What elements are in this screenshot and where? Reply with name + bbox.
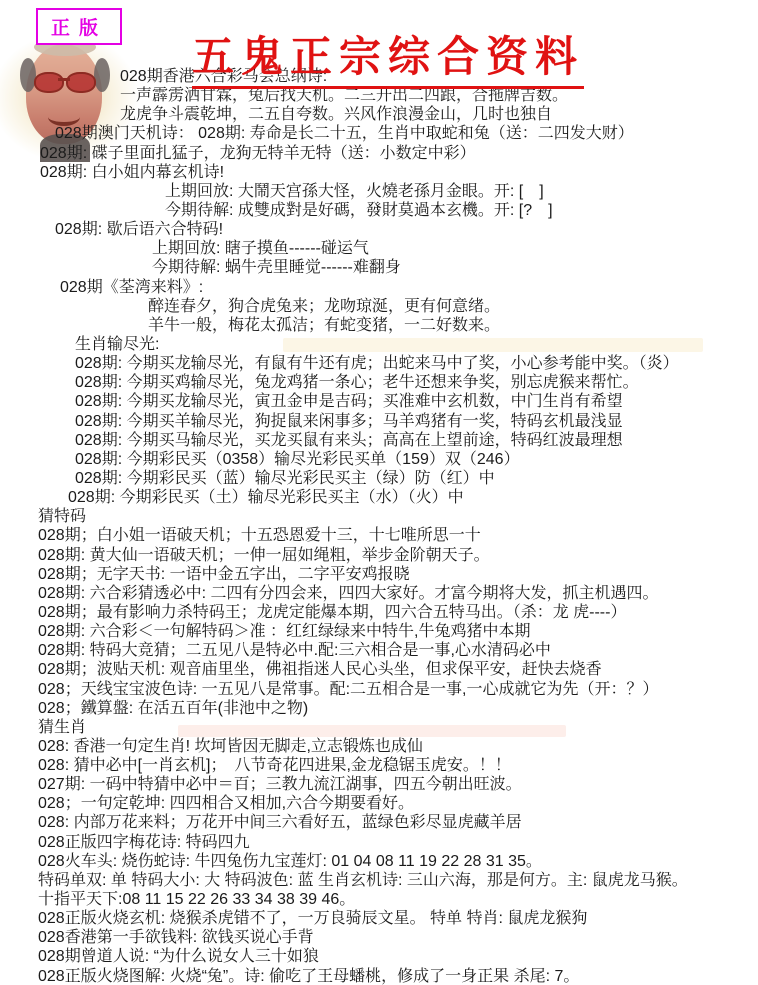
text-line: 028；天线宝宝波色诗: 一五见八是常事。配:二五相合是一事,一心成就它为先（开… (38, 680, 758, 699)
text-line: 生肖输尽光: (75, 335, 758, 354)
lottery-info-sheet: 正版 五鬼正宗综合资料 028期香港六合彩马会总纲诗:一声霹雳洒甘霖，兔后找天机… (0, 0, 758, 985)
text-line: 028正版火烧玄机: 烧猴杀虎错不了，一万良骑辰文星。 特单 特肖: 鼠虎龙猴狗 (38, 909, 758, 928)
text-line: 027期: 一码中特猜中必中＝百；三教九流江湖事，四五今朝出旺波。 (38, 775, 758, 794)
text-line: 028期: 今期买羊输尽光，狗捉鼠来闲事多；马羊鸡猪有一奖，特码玄机最浅显 (75, 412, 758, 431)
text-line: 028期曾道人说: “为什么说女人三十如狼 (38, 947, 758, 966)
text-line: 028期: 今期买龙输尽光，有鼠有牛还有虎；出蛇来马中了奖，小心参考能中奖。（炎… (75, 354, 758, 373)
text-line: 龙虎争斗震乾坤，二五自夸数。兴风作浪漫金山，几时也独自 (120, 105, 758, 124)
text-line: 028期: 今期买鸡输尽光，兔龙鸡猪一条心；老牛还想来争奖，别忘虎猴来帮忙。 (75, 373, 758, 392)
text-line: 028: 香港一句定生肖! 坎坷皆因无脚走,立志锻炼也成仙 (38, 737, 758, 756)
text-line: 猜特码 (38, 507, 758, 526)
genuine-badge: 正版 (36, 8, 122, 45)
text-line: 028期: 黄大仙一语破天机；一伸一屈如绳粗，举步金阶朝天子。 (38, 546, 758, 565)
text-line: 十指平天下:08 11 15 22 26 33 34 38 39 46。 (38, 890, 758, 909)
text-line: 028期；白小姐一语破天机；十五恐恩爱十三，十七唯所思一十 (38, 526, 758, 545)
text-line: 今期待解: 成雙成對是好碼，發財莫過本玄機。开: [? ] (165, 201, 758, 220)
text-line: 028期: 六合彩＜一句解特码＞准 ：红红绿绿来中特牛,牛兔鸡猪中本期 (38, 622, 758, 641)
text-line: 028期；最有影响力杀特码王；龙虎定能爆本期，四六合五特马出。（杀：龙 虎---… (38, 603, 758, 622)
text-line: 028期: 歇后语六合特码! (55, 220, 758, 239)
text-line: 028期: 今期彩民买（土）输尽光彩民买主（水）（火）中 (68, 488, 758, 507)
text-line: 一声霹雳洒甘霖，兔后找天机。二三开出二四跟，合拖牌吉数。 (120, 86, 758, 105)
text-line: 028香港第一手欲钱料: 欲钱买说心手背 (38, 928, 758, 947)
text-line: 028期；波贴天机: 观音庙里坐，佛祖指迷人民心头坐，但求保平安，赶快去烧香 (38, 660, 758, 679)
text-line: 今期待解: 蜗牛壳里睡觉------难翻身 (152, 258, 758, 277)
scan-streak (328, 711, 758, 723)
text-line: 028期: 今期买龙输尽光，寅丑金申是吉码；买准难中玄机数，中门生肖有希望 (75, 392, 758, 411)
text-line: 028期: 白小姐内幕玄机诗! (40, 163, 758, 182)
text-lines: 028期香港六合彩马会总纲诗:一声霹雳洒甘霖，兔后找天机。二三开出二四跟，合拖牌… (0, 67, 758, 985)
text-line: 028: 内部万花来料；万花开中间三六看好五，蓝绿色彩尽显虎藏羊居 (38, 813, 758, 832)
text-line: 028: 猜中必中[一肖玄机]； 八节奇花四进果,金龙稳锯玉虎安。！！ (38, 756, 758, 775)
text-line: 028正版火烧图解: 火烧“兔”。诗: 偷吃了王母蟠桃，修成了一身正果 杀尾: … (38, 967, 758, 985)
text-line: 上期回放: 大鬧天宫孫大怪，火燒老孫月金眼。开: [ ] (165, 182, 758, 201)
text-line: 028期: 今期彩民买（蓝）输尽光彩民买主（绿）防（红）中 (75, 469, 758, 488)
text-line: 028期澳门天机诗： 028期: 寿命是长二十五，生肖中取蛇和兔（送：二四发大财… (55, 124, 758, 143)
page-title: 五鬼正宗综合资料 (192, 24, 584, 89)
text-line: 028；一句定乾坤: 四四相合又相加,六合今期要看好。 (38, 794, 758, 813)
text-line: 028期: 今期买马输尽光，买龙买鼠有来头；高高在上望前途，特码红波最理想 (75, 431, 758, 450)
text-line: 028期: 六合彩猜透必中: 二四有分四会来，四四大家好。才富今期将大发，抓主机… (38, 584, 758, 603)
text-line: 028期: 碟子里面扎猛子，龙狗无特羊无特（送：小数定中彩） (40, 144, 758, 163)
text-line: 特码单双: 单 特码大小: 大 特码波色: 蓝 生肖玄机诗: 三山六海，那是何方… (38, 871, 758, 890)
text-line: 028期: 特码大竞猜；二五见八是特必中.配:三六相合是一事,心水清码必中 (38, 641, 758, 660)
text-line: 028火车头: 烧伤蛇诗: 牛四兔伤九宝莲灯: 01 04 08 11 19 2… (38, 852, 758, 871)
text-line: 醉连春夕，狗合虎兔来；龙吻琼涎，更有何意绪。 (148, 297, 758, 316)
text-line: 上期回放: 瞎子摸鱼------碰运气 (152, 239, 758, 258)
text-line: 羊牛一般，梅花太孤洁；有蛇变猪，一二好数来。 (148, 316, 758, 335)
text-line: 028期《荃湾来料》: (60, 278, 758, 297)
text-line: 028正版四字梅花诗: 特码四九 (38, 833, 758, 852)
text-line: 028期: 今期彩民买（0358）输尽光彩民买单（159）双（246） (75, 450, 758, 469)
text-line: 028期；无字天书: 一语中金五字出，二字平安鸡报晓 (38, 565, 758, 584)
